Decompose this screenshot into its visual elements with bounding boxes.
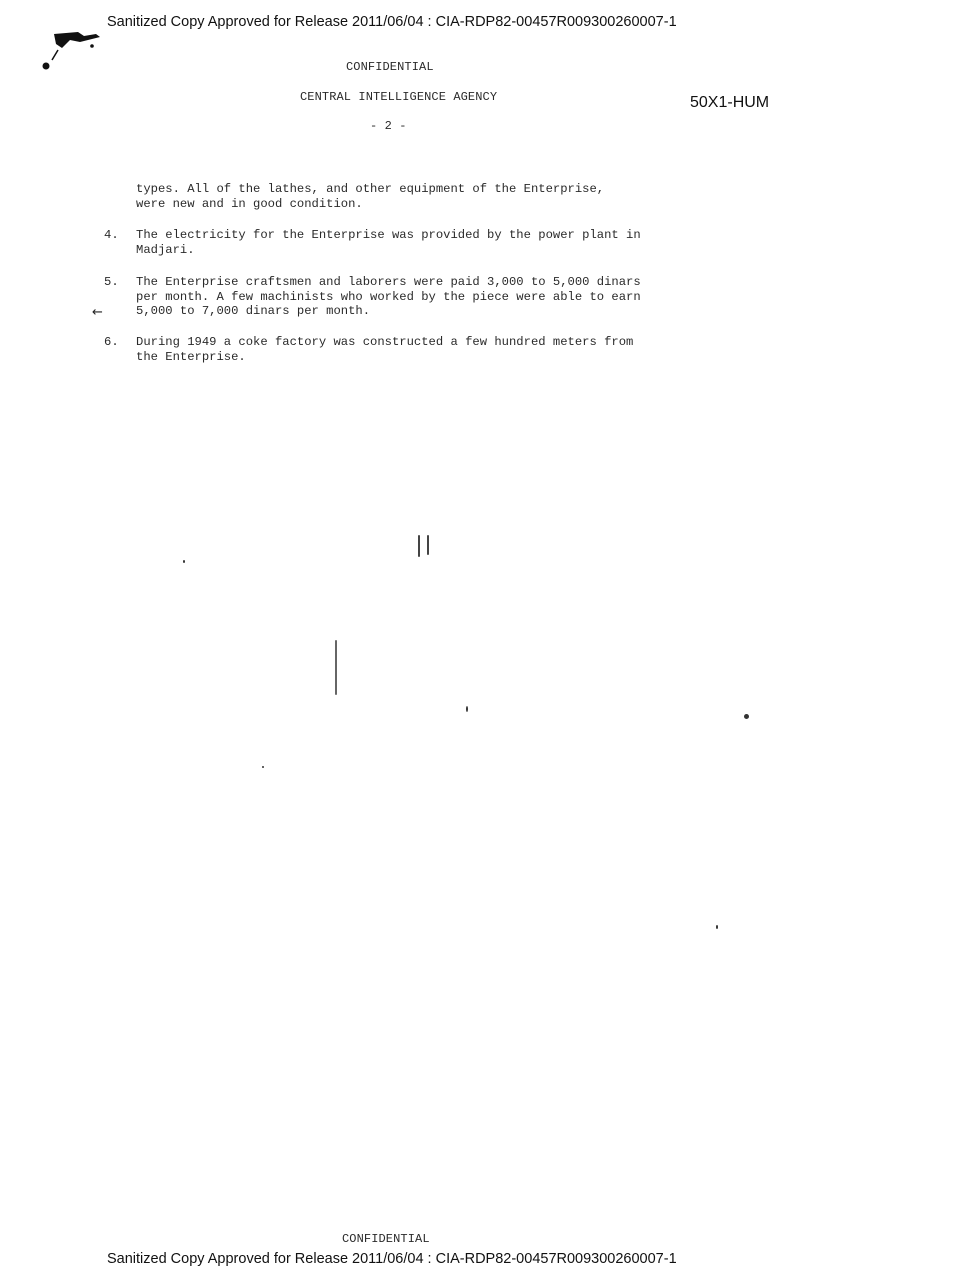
text-line: 5,000 to 7,000 dinars per month. (136, 304, 641, 319)
text-line: Madjari. (136, 243, 641, 258)
scan-speck (427, 535, 429, 555)
text-line: were new and in good condition. (136, 197, 604, 212)
text-line: During 1949 a coke factory was construct… (136, 335, 633, 350)
page-number: - 2 - (370, 119, 407, 133)
scan-speck (262, 766, 264, 768)
ink-blot-mark (40, 28, 110, 72)
paragraph-number: 4. (104, 228, 119, 243)
text-line: The electricity for the Enterprise was p… (136, 228, 641, 243)
scan-speck (335, 640, 337, 695)
exemption-code: 50X1-HUM (690, 94, 769, 112)
text-line: types. All of the lathes, and other equi… (136, 182, 604, 197)
paragraph-number: 6. (104, 335, 119, 350)
margin-arrow-mark: ← (92, 305, 103, 320)
scan-speck (418, 535, 420, 557)
text-line: the Enterprise. (136, 350, 633, 365)
agency-header: CENTRAL INTELLIGENCE AGENCY (300, 90, 497, 104)
paragraph-number: 5. (104, 275, 119, 290)
paragraph-continuation: types. All of the lathes, and other equi… (136, 182, 604, 211)
scan-speck (744, 714, 749, 719)
scan-speck (183, 560, 185, 563)
scan-speck (716, 925, 718, 929)
text-line: per month. A few machinists who worked b… (136, 290, 641, 305)
classification-footer: CONFIDENTIAL (342, 1232, 430, 1246)
release-stamp-top: Sanitized Copy Approved for Release 2011… (107, 14, 677, 30)
paragraph-6: 6. During 1949 a coke factory was constr… (136, 335, 633, 364)
paragraph-4: 4. The electricity for the Enterprise wa… (136, 228, 641, 257)
classification-header: CONFIDENTIAL (346, 60, 434, 74)
paragraph-5: 5. The Enterprise craftsmen and laborers… (136, 275, 641, 319)
release-stamp-bottom: Sanitized Copy Approved for Release 2011… (107, 1251, 677, 1267)
text-line: The Enterprise craftsmen and laborers we… (136, 275, 641, 290)
scan-speck (466, 706, 468, 712)
